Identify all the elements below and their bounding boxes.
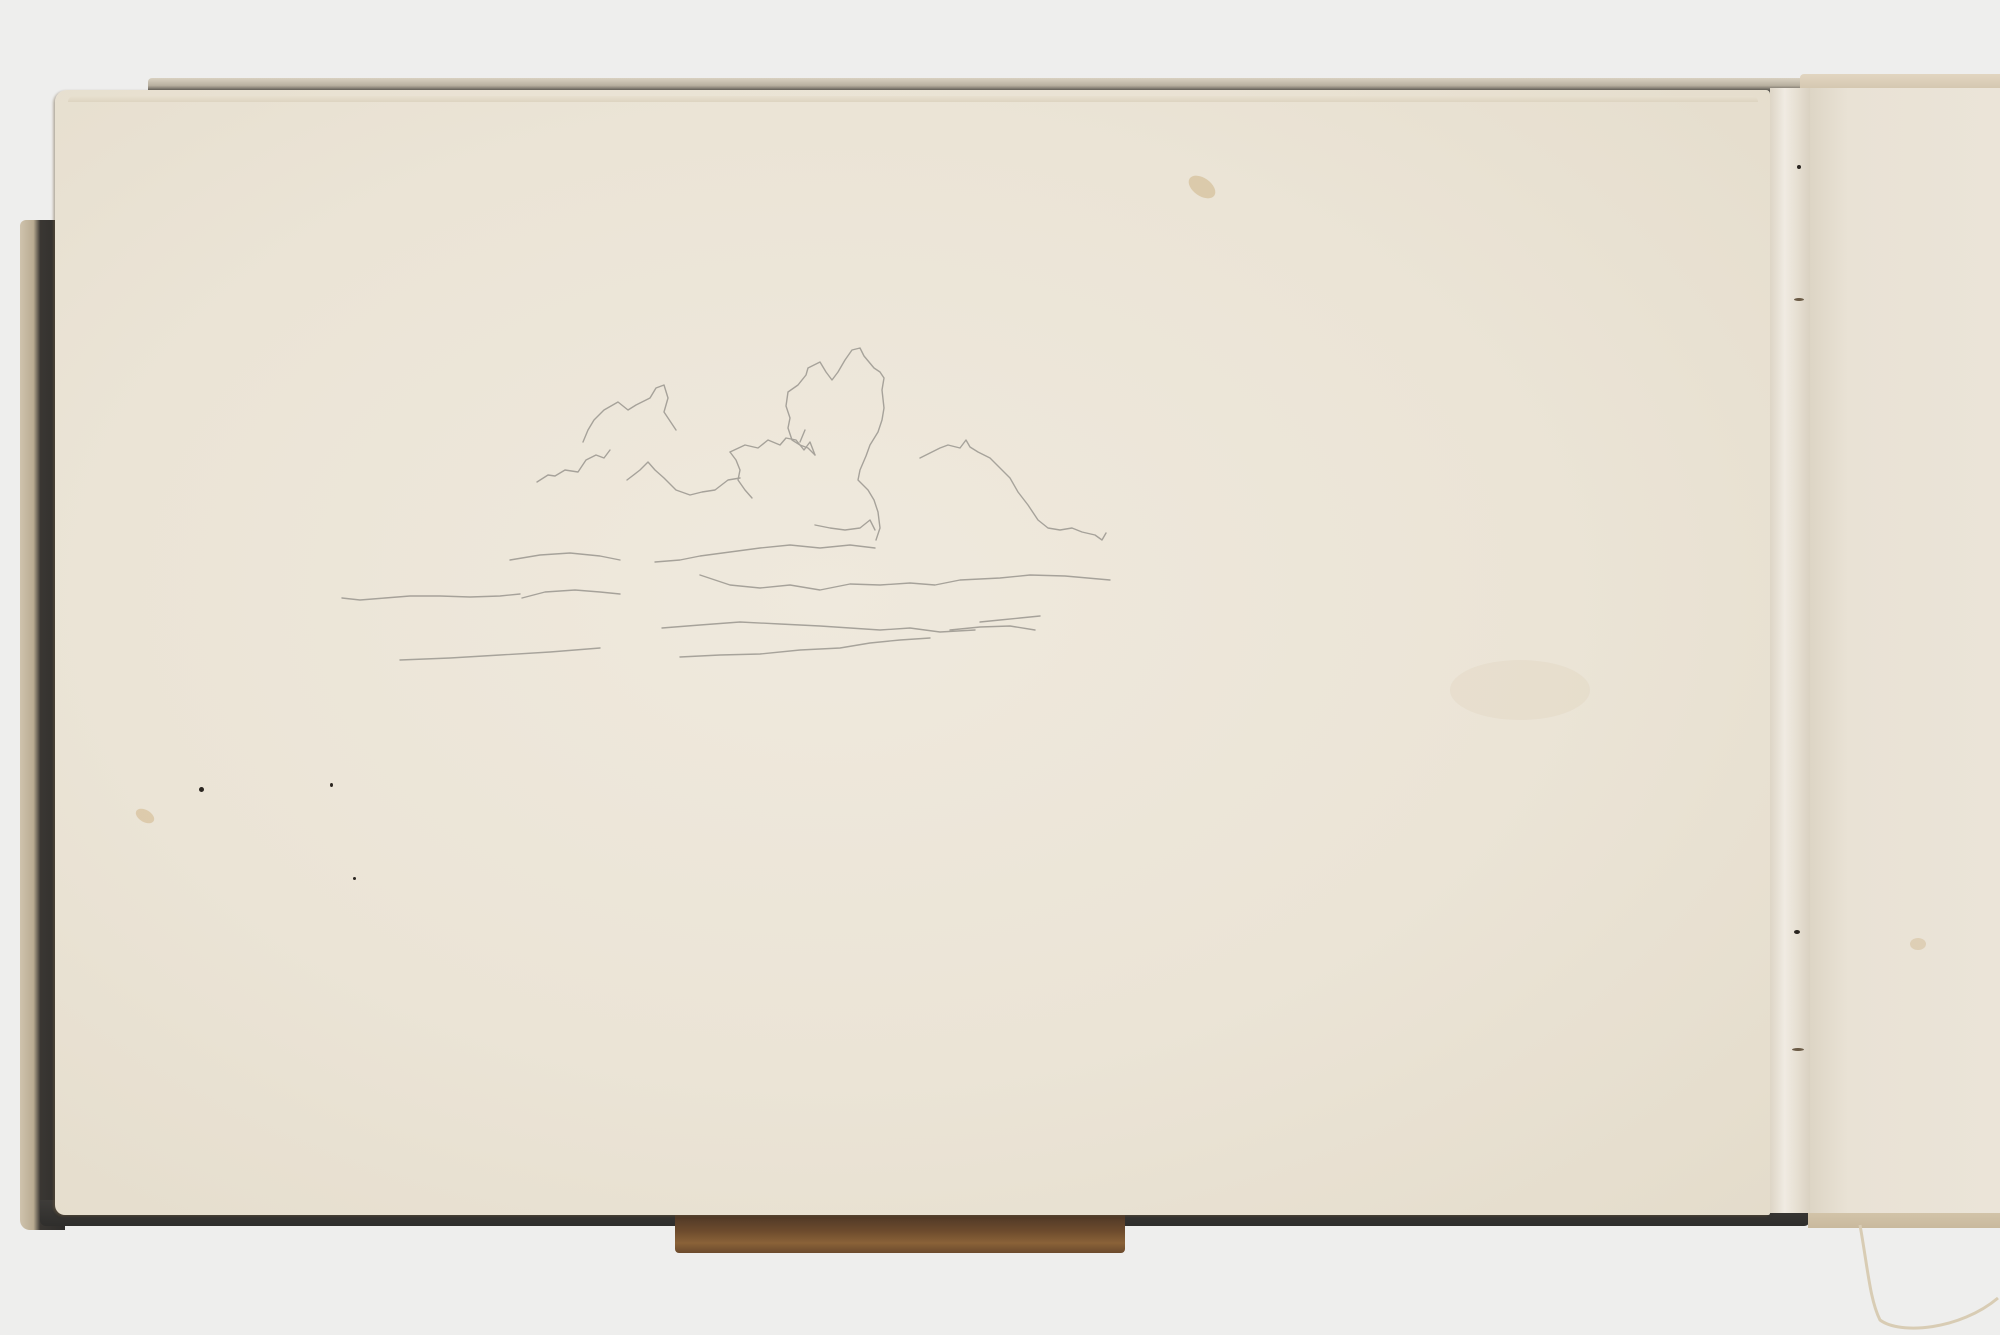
loose-thread bbox=[1860, 1225, 1998, 1328]
pencil-sketch bbox=[0, 0, 2000, 1335]
sketchbook-photo bbox=[0, 0, 2000, 1335]
